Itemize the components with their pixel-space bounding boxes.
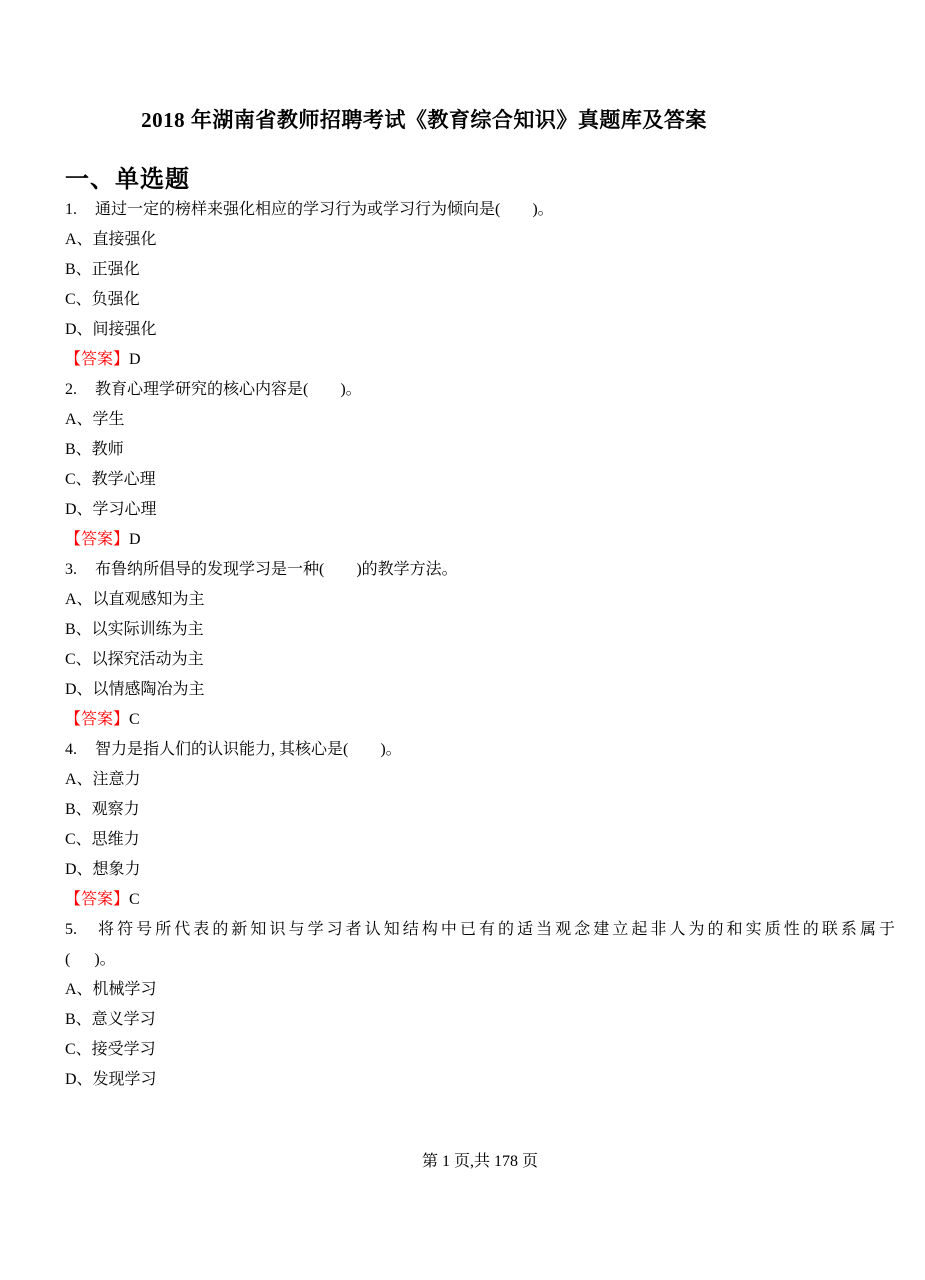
option-line: C、以探究活动为主: [65, 645, 895, 675]
option-line: D、以情感陶冶为主: [65, 675, 895, 705]
page-footer: 第 1 页,共 178 页: [65, 1152, 895, 1172]
option-line: A、直接强化: [65, 225, 895, 255]
option-line: C、教学心理: [65, 465, 895, 495]
question-number: 3.: [65, 555, 95, 585]
question-list: 1.通过一定的榜样来强化相应的学习行为或学习行为倾向是( )。 A、直接强化 B…: [65, 195, 895, 1095]
option-line: D、间接强化: [65, 315, 895, 345]
question-4-text-line: 4.智力是指人们的认识能力, 其核心是( )。: [65, 735, 895, 765]
question-5-text-line: 5.将符号所代表的新知识与学习者认知结构中已有的适当观念建立起非人为的和实质性的…: [65, 915, 895, 945]
answer-label: 【答案】: [65, 891, 129, 908]
option-line: D、发现学习: [65, 1065, 895, 1095]
option-line: C、接受学习: [65, 1035, 895, 1065]
page-title: 2018 年湖南省教师招聘考试《教育综合知识》真题库及答案: [9, 104, 839, 136]
answer-value: D: [129, 351, 141, 368]
answer-label: 【答案】: [65, 531, 129, 548]
answer-line: 【答案】C: [65, 705, 895, 735]
answer-value: D: [129, 531, 141, 548]
section-heading: 一、单选题: [65, 165, 925, 195]
question-number: 2.: [65, 375, 95, 405]
question-text: 将符号所代表的新知识与学习者认知结构中已有的适当观念建立起非人为的和实质性的联系…: [95, 921, 895, 938]
question-5-text-line-2: ( )。: [65, 945, 895, 975]
document-page: 2018 年湖南省教师招聘考试《教育综合知识》真题库及答案 一、单选题 1.通过…: [0, 0, 925, 1280]
question-1-text-line: 1.通过一定的榜样来强化相应的学习行为或学习行为倾向是( )。: [65, 195, 895, 225]
option-line: B、以实际训练为主: [65, 615, 895, 645]
option-line: A、学生: [65, 405, 895, 435]
option-line: B、意义学习: [65, 1005, 895, 1035]
answer-value: C: [129, 711, 140, 728]
option-line: C、负强化: [65, 285, 895, 315]
option-line: B、正强化: [65, 255, 895, 285]
option-line: D、想象力: [65, 855, 895, 885]
question-number: 1.: [65, 195, 95, 225]
question-3-text-line: 3.布鲁纳所倡导的发现学习是一种( )的教学方法。: [65, 555, 895, 585]
question-text: 智力是指人们的认识能力, 其核心是( )。: [95, 741, 402, 758]
option-line: A、机械学习: [65, 975, 895, 1005]
answer-line: 【答案】D: [65, 345, 895, 375]
answer-label: 【答案】: [65, 351, 129, 368]
answer-line: 【答案】D: [65, 525, 895, 555]
option-line: A、注意力: [65, 765, 895, 795]
question-text: 布鲁纳所倡导的发现学习是一种( )的教学方法。: [95, 561, 458, 578]
option-line: D、学习心理: [65, 495, 895, 525]
question-number: 4.: [65, 735, 95, 765]
answer-label: 【答案】: [65, 711, 129, 728]
option-line: C、思维力: [65, 825, 895, 855]
question-2-text-line: 2.教育心理学研究的核心内容是( )。: [65, 375, 895, 405]
answer-line: 【答案】C: [65, 885, 895, 915]
option-line: B、教师: [65, 435, 895, 465]
option-line: B、观察力: [65, 795, 895, 825]
question-number: 5.: [65, 915, 95, 945]
option-line: A、以直观感知为主: [65, 585, 895, 615]
question-text: 教育心理学研究的核心内容是( )。: [95, 381, 362, 398]
question-text: 通过一定的榜样来强化相应的学习行为或学习行为倾向是( )。: [95, 201, 554, 218]
answer-value: C: [129, 891, 140, 908]
